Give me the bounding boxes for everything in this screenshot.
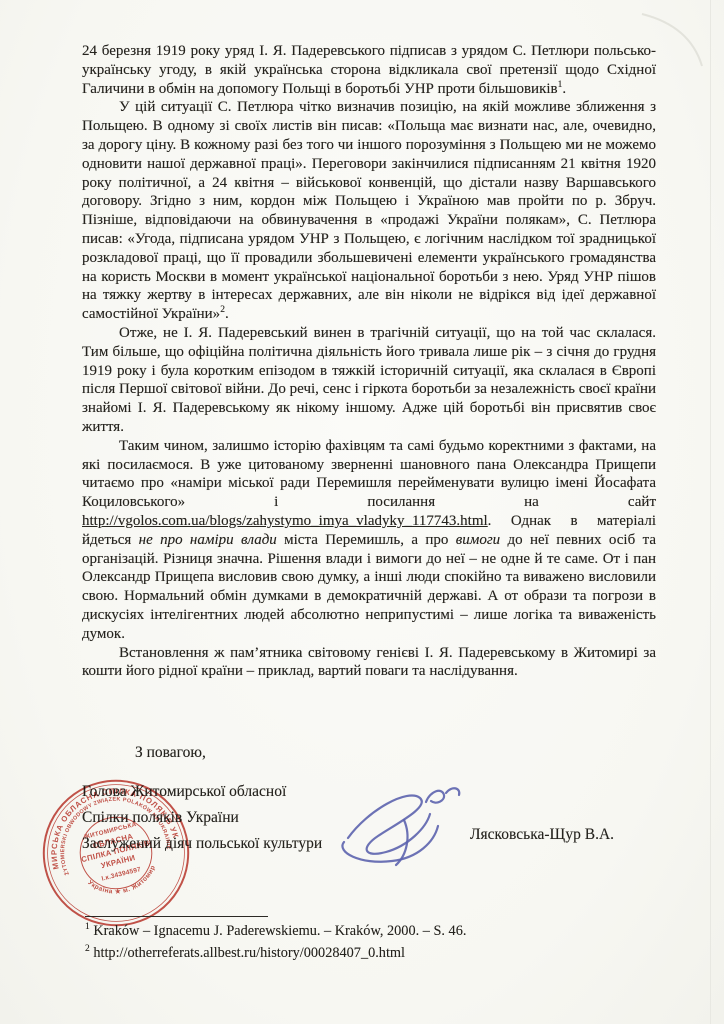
- footnote-2: 2 http://otherreferats.allbest.ru/histor…: [85, 945, 645, 962]
- text-run: вимоги: [456, 532, 500, 548]
- text-run: 24 березня 1919 року уряд І. Я. Падеревс…: [82, 43, 656, 97]
- body-paragraph-5: Встановлення ж пам’ятника світовому гені…: [82, 644, 656, 682]
- body-paragraph-1: 24 березня 1919 року уряд І. Я. Падеревс…: [82, 42, 656, 98]
- closing-salutation: З повагою,: [135, 744, 206, 762]
- footnote-text-1: Kraków – Ignacemu J. Paderewskiemu. – Kr…: [93, 923, 466, 939]
- text-run: Отже, не І. Я. Падеревський винен в траг…: [82, 325, 656, 435]
- footnote-marker-2: 2: [85, 944, 90, 954]
- text-run: У цій ситуації С. Петлюра чітко визначив…: [82, 99, 656, 322]
- handwritten-signature: [334, 780, 462, 872]
- body-paragraph-4: Таким чином, залишмо історію фахівцям та…: [82, 437, 656, 644]
- vgolos-url: http://vgolos.com.ua/blogs/zahystymo_imy…: [82, 513, 488, 529]
- body-paragraph-3: Отже, не І. Я. Падеревський винен в траг…: [82, 324, 656, 437]
- signer-name: Лясковська-Щур В.А.: [470, 826, 614, 844]
- scanned-letter-page: 24 березня 1919 року уряд І. Я. Падеревс…: [0, 0, 724, 1024]
- text-run: до неї певних осіб та організацій. Різни…: [82, 532, 656, 642]
- scan-edge-line: [710, 0, 711, 1024]
- text-run: міста Перемишль, а про: [277, 532, 456, 548]
- body-paragraph-2: У цій ситуації С. Петлюра чітко визначив…: [82, 98, 656, 324]
- footnote-1: 1 Kraków – Ignacemu J. Paderewskiemu. – …: [85, 923, 645, 940]
- text-run: .: [225, 306, 229, 322]
- text-run: .: [562, 81, 566, 97]
- text-run: не про наміри влади: [139, 532, 277, 548]
- footnote-marker-1: 1: [85, 922, 90, 932]
- scan-artifact-curve: [620, 8, 720, 78]
- footnote-text-2: http://otherreferats.allbest.ru/history/…: [93, 945, 405, 961]
- footnote-separator: [85, 916, 268, 917]
- text-run: Встановлення ж пам’ятника світовому гені…: [82, 645, 656, 680]
- letter-body: 24 березня 1919 року уряд І. Я. Падеревс…: [82, 42, 656, 681]
- text-run: Таким чином, залишмо історію фахівцям та…: [82, 438, 656, 510]
